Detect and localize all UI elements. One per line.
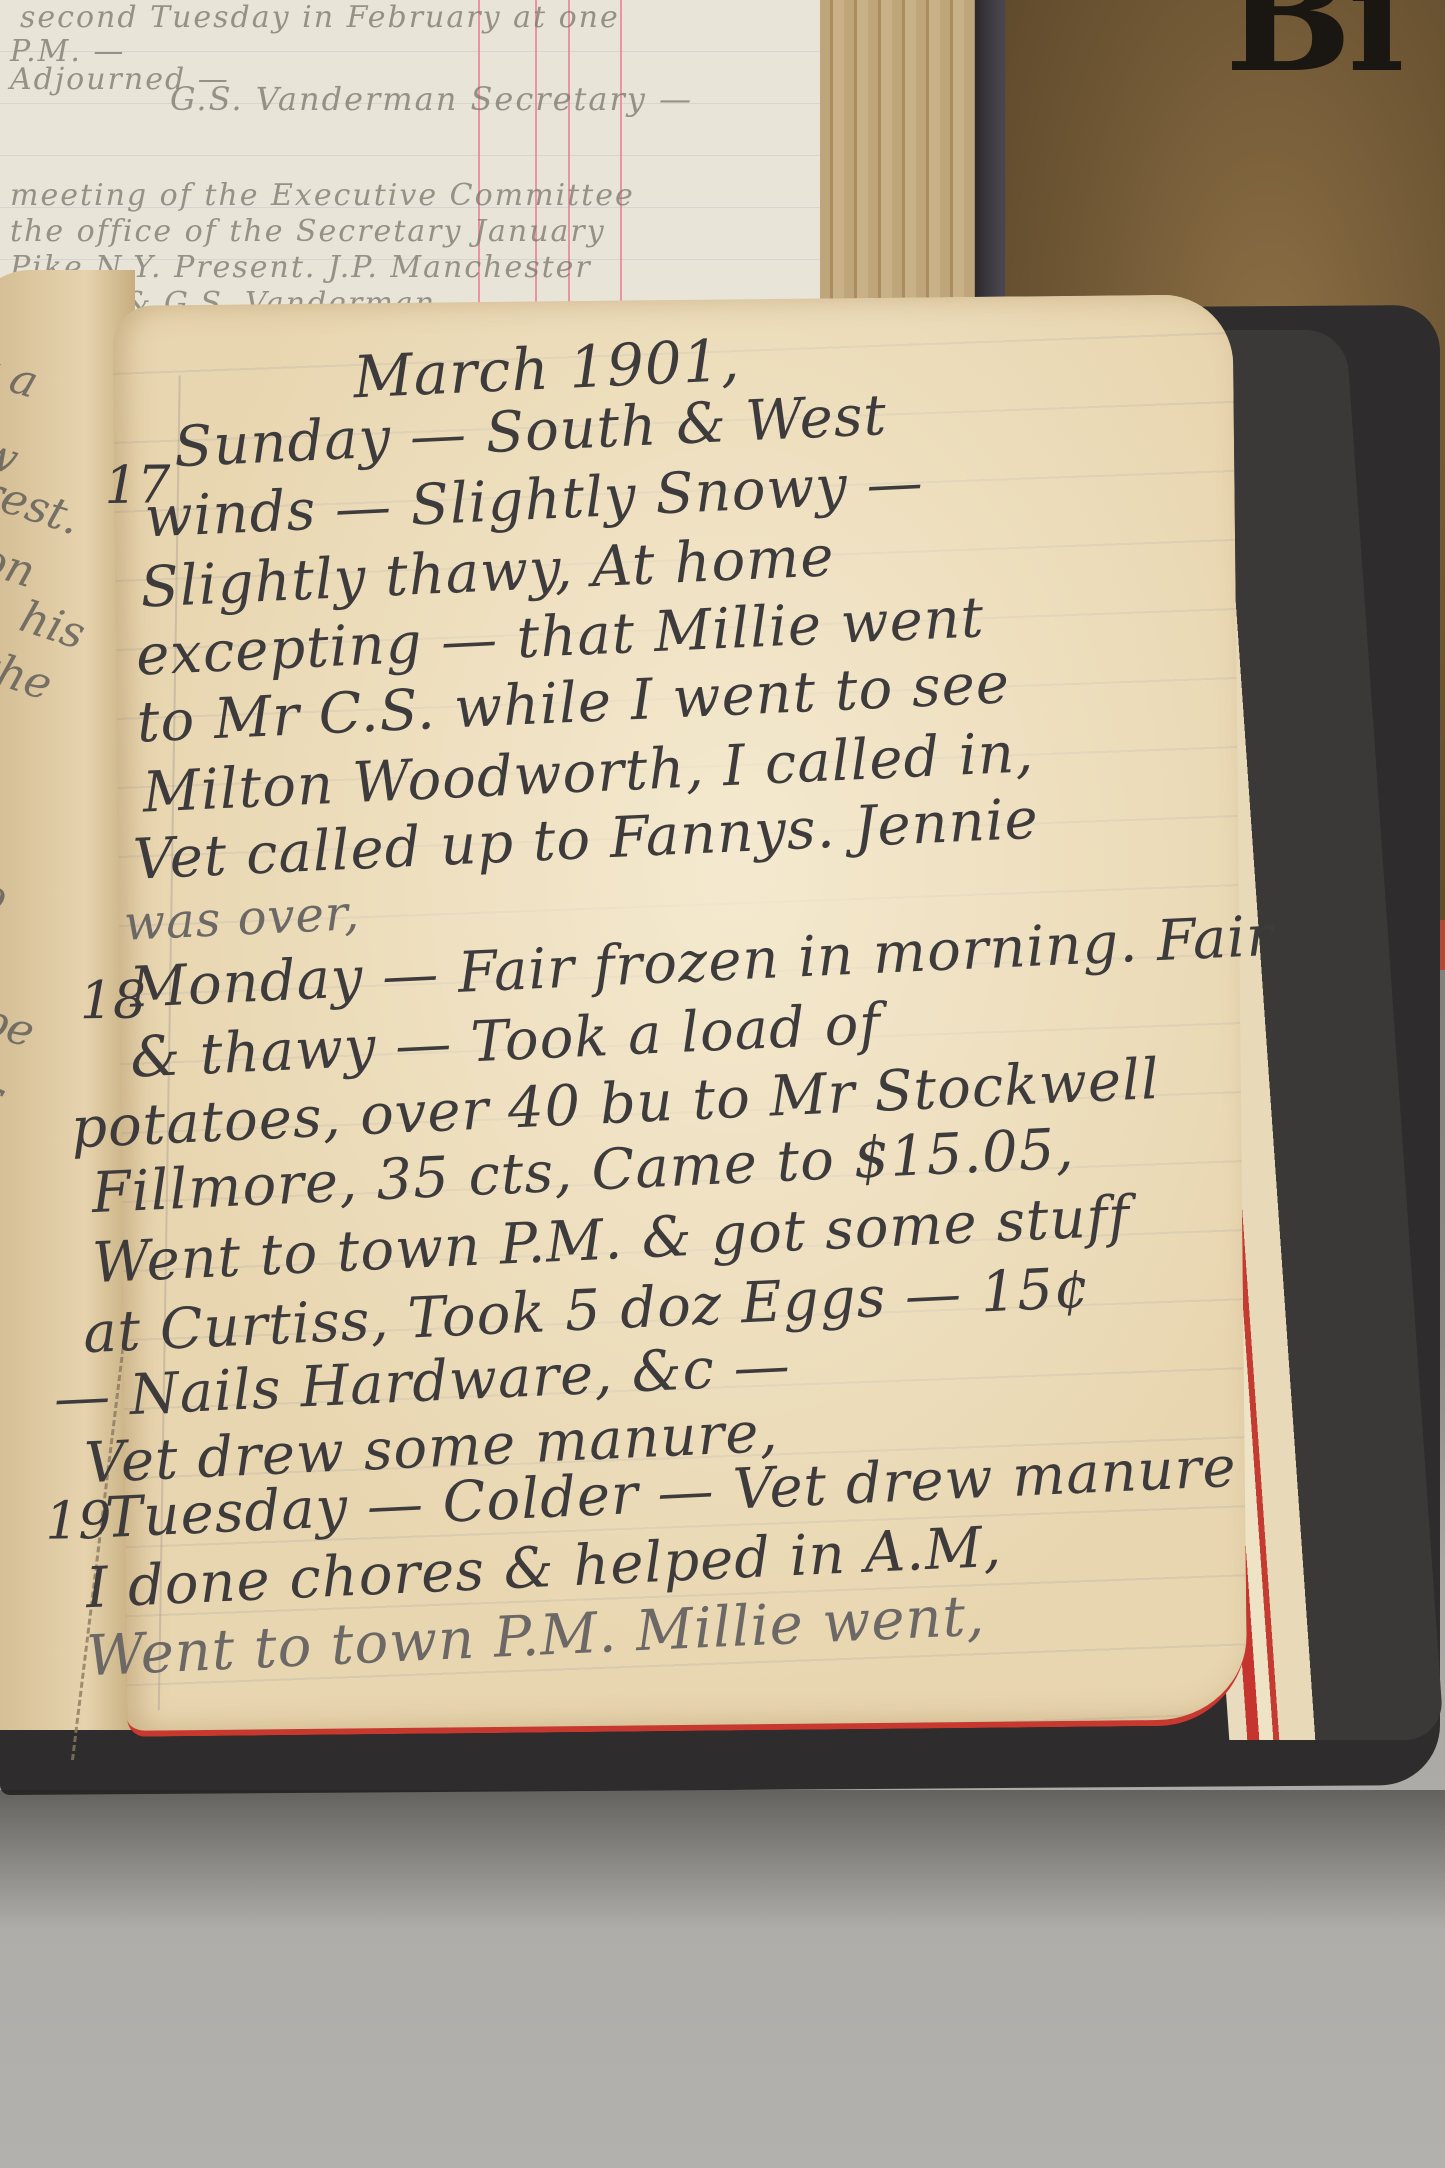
ledger-line: the office of the Secretary January — [10, 214, 606, 249]
ledger-line: meeting of the Executive Committee — [10, 178, 635, 213]
ledger-line: second Tuesday in February at one — [20, 0, 620, 35]
ledger-signature: G.S. Vanderman Secretary — — [170, 80, 693, 118]
background-book-page-edges — [820, 0, 1000, 320]
entry-day-number: 19 — [45, 1491, 112, 1552]
cover-title-fragment: Bi — [1225, 0, 1401, 106]
left-page-fragment: o — [0, 867, 14, 924]
table-surface-shadow — [0, 1790, 1445, 1930]
left-page-fragment: rest. — [0, 466, 87, 546]
left-page-fragment: r — [0, 1068, 8, 1123]
entry-line: was over, — [123, 885, 361, 952]
left-page-fragment: on — [0, 533, 41, 598]
diary-right-page: March 1901, 17 Sunday — South & West win… — [113, 294, 1248, 1737]
left-page-fragment: t a — [0, 342, 44, 408]
